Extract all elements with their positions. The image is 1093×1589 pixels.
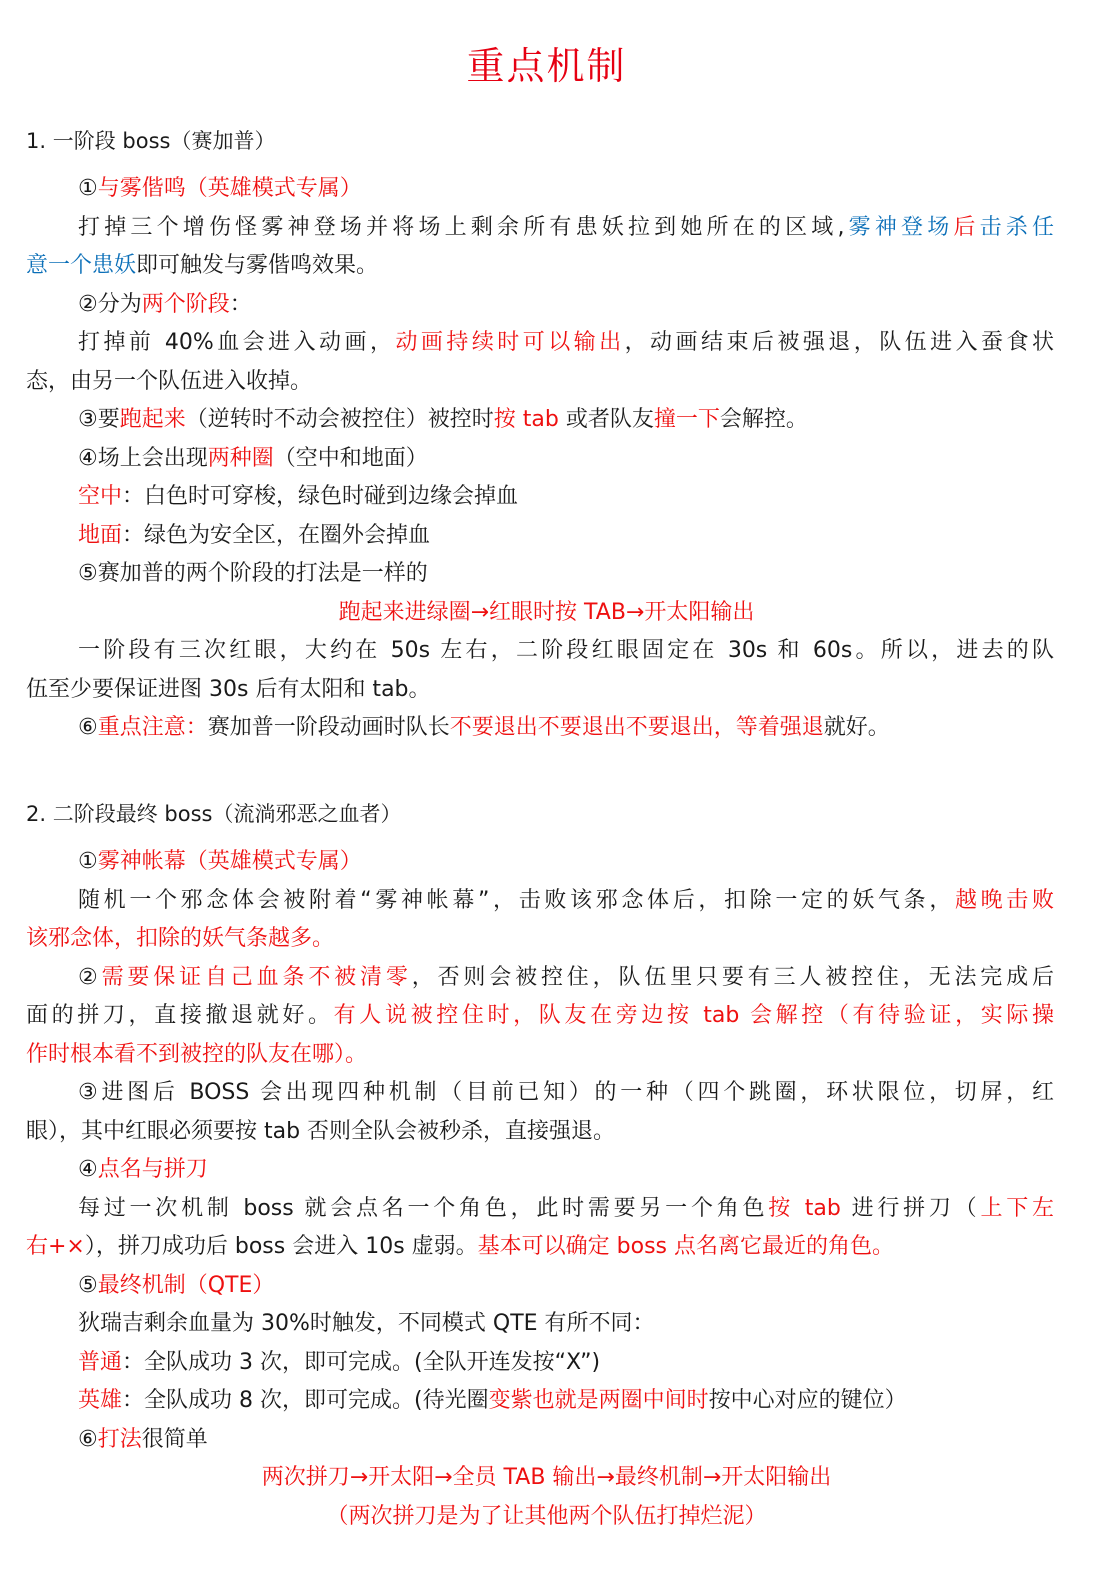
highlighted-text-segment: 意一个患妖 bbox=[26, 253, 136, 278]
text-line: 打掉前 40%血会进入动画，动画持续时可以输出，动画结束后被强退，队伍进入蚕食状 bbox=[78, 327, 1054, 359]
text-line: ④点名与拼刀 bbox=[78, 1154, 1054, 1186]
text-segment: 会解控。 bbox=[720, 407, 808, 432]
section-heading: 1. 一阶段 boss（赛加普） bbox=[26, 125, 1054, 157]
text-segment: 打掉前 40%血会进入动画， bbox=[78, 330, 395, 355]
text-line: ②分为两个阶段： bbox=[78, 289, 1054, 321]
text-line: 地面：绿色为安全区，在圈外会掉血 bbox=[78, 520, 1054, 552]
text-line: 一阶段有三次红眼，大约在 50s 左右，二阶段红眼固定在 30s 和 60s。所… bbox=[78, 635, 1054, 667]
text-line: （两次拼刀是为了让其他两个队伍打掉烂泥） bbox=[0, 1501, 1093, 1533]
text-segment: ① bbox=[78, 176, 98, 201]
highlighted-text-segment: 空中 bbox=[78, 484, 122, 509]
text-line: 打掉三个增伤怪雾神登场并将场上剩余所有患妖拉到她所在的区域,雾神登场后击杀任 bbox=[78, 212, 1054, 244]
text-line: 每过一次机制 boss 就会点名一个角色，此时需要另一个角色按 tab 进行拼刀… bbox=[78, 1193, 1054, 1225]
text-line: ④场上会出现两种圈（空中和地面） bbox=[78, 443, 1054, 475]
text-segment: 就好。 bbox=[824, 715, 890, 740]
highlighted-text-segment: 基本可以确定 boss 点名离它最近的角色。 bbox=[478, 1234, 894, 1259]
text-line: 两次拼刀→开太阳→全员 TAB 输出→最终机制→开太阳输出 bbox=[0, 1462, 1093, 1494]
text-line: 眼），其中红眼必须要按 tab 否则全队会被秒杀，直接强退。 bbox=[26, 1116, 1054, 1148]
text-segment: 1. 一阶段 boss（赛加普） bbox=[26, 129, 275, 153]
highlighted-text-segment: 不要退出不要退出不要退出，等着强退 bbox=[450, 715, 824, 740]
text-segment: ③要 bbox=[78, 407, 120, 432]
text-segment: 眼），其中红眼必须要按 tab 否则全队会被秒杀，直接强退。 bbox=[26, 1119, 615, 1144]
text-line: ①雾神帐幕（英雄模式专属） bbox=[78, 846, 1054, 878]
text-segment: ⑤赛加普的两个阶段的打法是一样的 bbox=[78, 561, 428, 586]
highlighted-text-segment: 右+× bbox=[26, 1234, 85, 1259]
highlighted-text-segment: 雾神登场 bbox=[844, 215, 953, 240]
text-line: 意一个患妖即可触发与雾偕鸣效果。 bbox=[26, 250, 1054, 282]
highlighted-text-segment: 两个阶段 bbox=[142, 292, 230, 317]
highlighted-text-segment: 该邪念体，扣除的妖气条越多。 bbox=[26, 926, 334, 951]
highlighted-text-segment: 有人说被控住时，队友在旁边按 tab 会解控（有待验证，实际操 bbox=[334, 1003, 1054, 1028]
text-segment: 随机一个邪念体会被附着“雾神帐幕”，击败该邪念体后，扣除一定的妖气条， bbox=[78, 888, 955, 913]
text-segment: ① bbox=[78, 849, 98, 874]
highlighted-text-segment: 地面 bbox=[78, 523, 122, 548]
highlighted-text-segment: 重点注意： bbox=[98, 715, 208, 740]
text-line: 面的拼刀，直接撤退就好。有人说被控住时，队友在旁边按 tab 会解控（有待验证，… bbox=[26, 1000, 1054, 1032]
text-segment: 面的拼刀，直接撤退就好。 bbox=[26, 1003, 334, 1028]
text-line: 英雄：全队成功 8 次，即可完成。(待光圈变紫也就是两圈中间时按中心对应的键位） bbox=[78, 1385, 1054, 1417]
section-heading: 2. 二阶段最终 boss（流淌邪恶之血者） bbox=[26, 798, 1054, 830]
text-segment: 每过一次机制 boss 就会点名一个角色，此时需要另一个角色 bbox=[78, 1196, 768, 1221]
text-segment: 伍至少要保证进图 30s 后有太阳和 tab。 bbox=[26, 677, 431, 702]
text-segment: 狄瑞吉剩余血量为 30%时触发，不同模式 QTE 有所不同： bbox=[78, 1311, 655, 1336]
text-segment: ③进图后 BOSS 会出现四种机制（目前已知）的一种（四个跳圈，环状限位，切屏，… bbox=[78, 1080, 1054, 1105]
text-segment: ：绿色为安全区，在圈外会掉血 bbox=[122, 523, 430, 548]
text-line: ②需要保证自己血条不被清零，否则会被控住，队伍里只要有三人被控住，无法完成后 bbox=[78, 962, 1054, 994]
highlighted-text-segment: 需要保证自己血条不被清零 bbox=[102, 965, 412, 990]
text-line: ③要跑起来（逆转时不动会被控住）被控时按 tab 或者队友撞一下会解控。 bbox=[78, 404, 1054, 436]
text-line: ⑥重点注意：赛加普一阶段动画时队长不要退出不要退出不要退出，等着强退就好。 bbox=[78, 712, 1054, 744]
highlighted-text-segment: 点名与拼刀 bbox=[98, 1157, 208, 1182]
text-line: 伍至少要保证进图 30s 后有太阳和 tab。 bbox=[26, 674, 1054, 706]
text-line: 空中：白色时可穿梭，绿色时碰到边缘会掉血 bbox=[78, 481, 1054, 513]
text-line: ⑥打法很简单 bbox=[78, 1424, 1054, 1456]
document-page: 重点机制 1. 一阶段 boss（赛加普）①与雾偕鸣（英雄模式专属）打掉三个增伤… bbox=[0, 0, 1093, 1589]
highlighted-text-segment: 按 tab bbox=[494, 407, 559, 432]
text-line: ⑤赛加普的两个阶段的打法是一样的 bbox=[78, 558, 1054, 590]
text-segment: 或者队友 bbox=[559, 407, 654, 432]
highlighted-text-segment: 打法 bbox=[98, 1427, 142, 1452]
text-segment: 态，由另一个队伍进入收掉。 bbox=[26, 369, 312, 394]
text-segment: ：全队成功 3 次，即可完成。(全队开连发按“X”) bbox=[122, 1350, 600, 1375]
highlighted-text-segment: 撞一下 bbox=[654, 407, 720, 432]
text-line: 右+×），拼刀成功后 boss 会进入 10s 虚弱。基本可以确定 boss 点… bbox=[26, 1231, 1054, 1263]
text-segment: 按中心对应的键位） bbox=[709, 1388, 907, 1413]
text-line: 该邪念体，扣除的妖气条越多。 bbox=[26, 923, 1054, 955]
highlighted-text-segment: 跑起来 bbox=[120, 407, 186, 432]
highlighted-text-segment: （两次拼刀是为了让其他两个队伍打掉烂泥） bbox=[326, 1504, 766, 1529]
highlighted-text-segment: 上下左 bbox=[980, 1196, 1054, 1221]
text-segment: （逆转时不动会被控住）被控时 bbox=[186, 407, 494, 432]
highlighted-text-segment: 按 tab bbox=[768, 1196, 841, 1221]
text-segment: ④场上会出现 bbox=[78, 446, 208, 471]
text-segment: 赛加普一阶段动画时队长 bbox=[208, 715, 450, 740]
text-segment: 很简单 bbox=[142, 1427, 208, 1452]
text-segment: ②分为 bbox=[78, 292, 142, 317]
text-line: ①与雾偕鸣（英雄模式专属） bbox=[78, 173, 1054, 205]
highlighted-text-segment: 后 bbox=[953, 215, 979, 240]
text-segment: ：全队成功 8 次，即可完成。(待光圈 bbox=[122, 1388, 489, 1413]
highlighted-text-segment: 作时根本看不到被控的队友在哪）。 bbox=[26, 1042, 367, 1067]
text-line: 作时根本看不到被控的队友在哪）。 bbox=[26, 1039, 1054, 1071]
text-segment: ② bbox=[78, 965, 102, 990]
highlighted-text-segment: 变紫也就是两圈中间时 bbox=[489, 1388, 709, 1413]
highlighted-text-segment: 跑起来进绿圈→红眼时按 TAB→开太阳输出 bbox=[339, 600, 755, 625]
text-line: 跑起来进绿圈→红眼时按 TAB→开太阳输出 bbox=[0, 597, 1093, 629]
highlighted-text-segment: 动画持续时可以输出 bbox=[395, 330, 624, 355]
text-segment: （空中和地面） bbox=[274, 446, 428, 471]
text-line: 态，由另一个队伍进入收掉。 bbox=[26, 366, 1054, 398]
highlighted-text-segment: 击杀任 bbox=[980, 215, 1054, 240]
text-line: ⑤最终机制（QTE） bbox=[78, 1270, 1054, 1302]
highlighted-text-segment: 英雄 bbox=[78, 1388, 122, 1413]
text-line: 普通：全队成功 3 次，即可完成。(全队开连发按“X”) bbox=[78, 1347, 1054, 1379]
highlighted-text-segment: 两次拼刀→开太阳→全员 TAB 输出→最终机制→开太阳输出 bbox=[262, 1465, 832, 1490]
text-segment: 一阶段有三次红眼，大约在 50s 左右，二阶段红眼固定在 30s 和 60s。所… bbox=[78, 638, 1054, 663]
text-segment: ⑤ bbox=[78, 1273, 98, 1298]
text-segment: ④ bbox=[78, 1157, 98, 1182]
highlighted-text-segment: 越晚击败 bbox=[955, 888, 1054, 913]
highlighted-text-segment: 普通 bbox=[78, 1350, 122, 1375]
text-segment: ，动画结束后被强退，队伍进入蚕食状 bbox=[625, 330, 1054, 355]
text-segment: ），拼刀成功后 boss 会进入 10s 虚弱。 bbox=[85, 1234, 478, 1259]
text-line: 随机一个邪念体会被附着“雾神帐幕”，击败该邪念体后，扣除一定的妖气条，越晚击败 bbox=[78, 885, 1054, 917]
highlighted-text-segment: 雾神帐幕（英雄模式专属） bbox=[98, 849, 362, 874]
text-segment: ： bbox=[230, 292, 252, 317]
highlighted-text-segment: 最终机制（QTE） bbox=[98, 1273, 275, 1298]
highlighted-text-segment: 与雾偕鸣（英雄模式专属） bbox=[98, 176, 362, 201]
text-line: 狄瑞吉剩余血量为 30%时触发，不同模式 QTE 有所不同： bbox=[78, 1308, 1054, 1340]
text-segment: ，否则会被控住，队伍里只要有三人被控住，无法完成后 bbox=[412, 965, 1054, 990]
text-segment: ⑥ bbox=[78, 1427, 98, 1452]
highlighted-text-segment: 两种圈 bbox=[208, 446, 274, 471]
page-title: 重点机制 bbox=[0, 40, 1093, 92]
text-line: ③进图后 BOSS 会出现四种机制（目前已知）的一种（四个跳圈，环状限位，切屏，… bbox=[78, 1077, 1054, 1109]
text-segment: 进行拼刀（ bbox=[841, 1196, 981, 1221]
text-segment: 2. 二阶段最终 boss（流淌邪恶之血者） bbox=[26, 802, 401, 826]
text-segment: 即可触发与雾偕鸣效果。 bbox=[136, 253, 378, 278]
text-segment: ⑥ bbox=[78, 715, 98, 740]
text-segment: ：白色时可穿梭，绿色时碰到边缘会掉血 bbox=[122, 484, 518, 509]
text-segment: 打掉三个增伤怪雾神登场并将场上剩余所有患妖拉到她所在的区域, bbox=[78, 215, 844, 240]
